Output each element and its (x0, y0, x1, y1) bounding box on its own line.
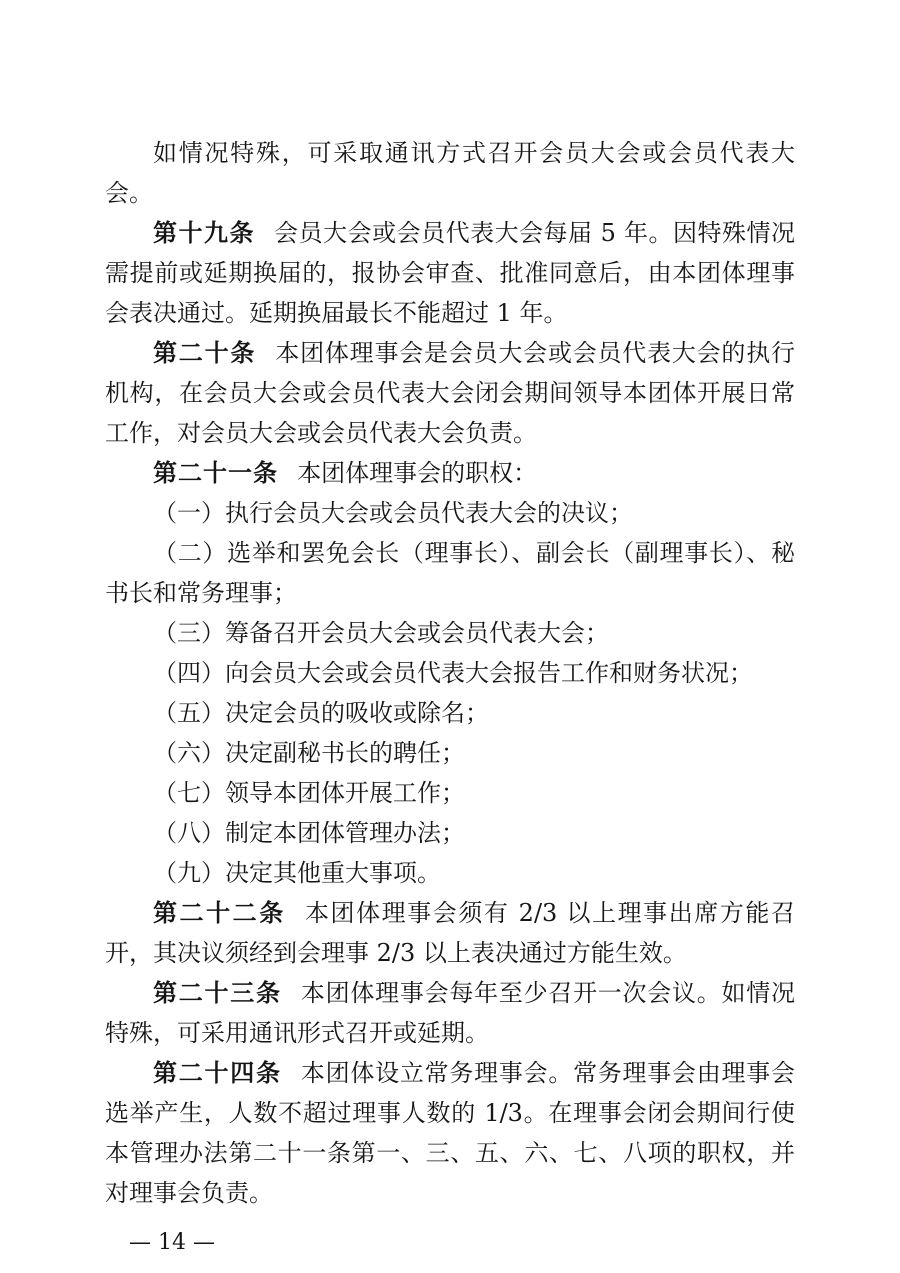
paragraph-article-22: 第二十二条本团体理事会须有 2/3 以上理事出席方能召开，其决议须经到会理事 2… (105, 893, 795, 973)
paragraph-text: （二）选举和罢免会长（理事长）、副会长（副理事长）、秘书长和常务理事； (105, 539, 795, 607)
list-item-9: （九）决定其他重大事项。 (105, 853, 795, 893)
paragraph-article-19: 第十九条会员大会或会员代表大会每届 5 年。因特殊情况需提前或延期换届的，报协会… (105, 213, 795, 333)
paragraph-text: （四）向会员大会或会员代表大会报告工作和财务状况； (153, 659, 753, 687)
list-item-4: （四）向会员大会或会员代表大会报告工作和财务状况； (105, 653, 795, 693)
page-number: — 14 — (105, 1223, 795, 1263)
list-item-6: （六）决定副秘书长的聘任； (105, 733, 795, 773)
article-number: 第二十条 (153, 339, 256, 367)
paragraph-text: 如情况特殊，可采取通讯方式召开会员大会或会员代表大会。 (105, 139, 795, 207)
list-item-1: （一）执行会员大会或会员代表大会的决议； (105, 493, 795, 533)
paragraph-text: （八）制定本团体管理办法； (153, 819, 465, 847)
article-number: 第二十三条 (153, 979, 282, 1007)
paragraph-text: （六）决定副秘书长的聘任； (153, 739, 465, 767)
paragraph-text: （七）领导本团体开展工作； (153, 779, 465, 807)
paragraph: 如情况特殊，可采取通讯方式召开会员大会或会员代表大会。 (105, 133, 795, 213)
article-number: 第二十一条 (153, 459, 278, 487)
document-page: 如情况特殊，可采取通讯方式召开会员大会或会员代表大会。 第十九条会员大会或会员代… (0, 0, 900, 1273)
list-item-3: （三）筹备召开会员大会或会员代表大会； (105, 613, 795, 653)
paragraph-article-23: 第二十三条本团体理事会每年至少召开一次会议。如情况特殊，可采用通讯形式召开或延期… (105, 973, 795, 1053)
paragraph-text: （五）决定会员的吸收或除名； (153, 699, 489, 727)
article-number: 第十九条 (153, 219, 255, 247)
paragraph-article-24: 第二十四条本团体设立常务理事会。常务理事会由理事会选举产生，人数不超过理事人数的… (105, 1053, 795, 1213)
list-item-8: （八）制定本团体管理办法； (105, 813, 795, 853)
article-number: 第二十二条 (153, 899, 286, 927)
list-item-2: （二）选举和罢免会长（理事长）、副会长（副理事长）、秘书长和常务理事； (105, 533, 795, 613)
list-item-7: （七）领导本团体开展工作； (105, 773, 795, 813)
paragraph-article-21: 第二十一条本团体理事会的职权： (105, 453, 795, 493)
paragraph-article-20: 第二十条本团体理事会是会员大会或会员代表大会的执行机构，在会员大会或会员代表大会… (105, 333, 795, 453)
paragraph-text: （三）筹备召开会员大会或会员代表大会； (153, 619, 609, 647)
paragraph-text: 本团体理事会的职权： (297, 459, 537, 487)
paragraph-text: （一）执行会员大会或会员代表大会的决议； (153, 499, 633, 527)
article-number: 第二十四条 (153, 1059, 282, 1087)
paragraph-text: （九）决定其他重大事项。 (153, 859, 441, 887)
list-item-5: （五）决定会员的吸收或除名； (105, 693, 795, 733)
